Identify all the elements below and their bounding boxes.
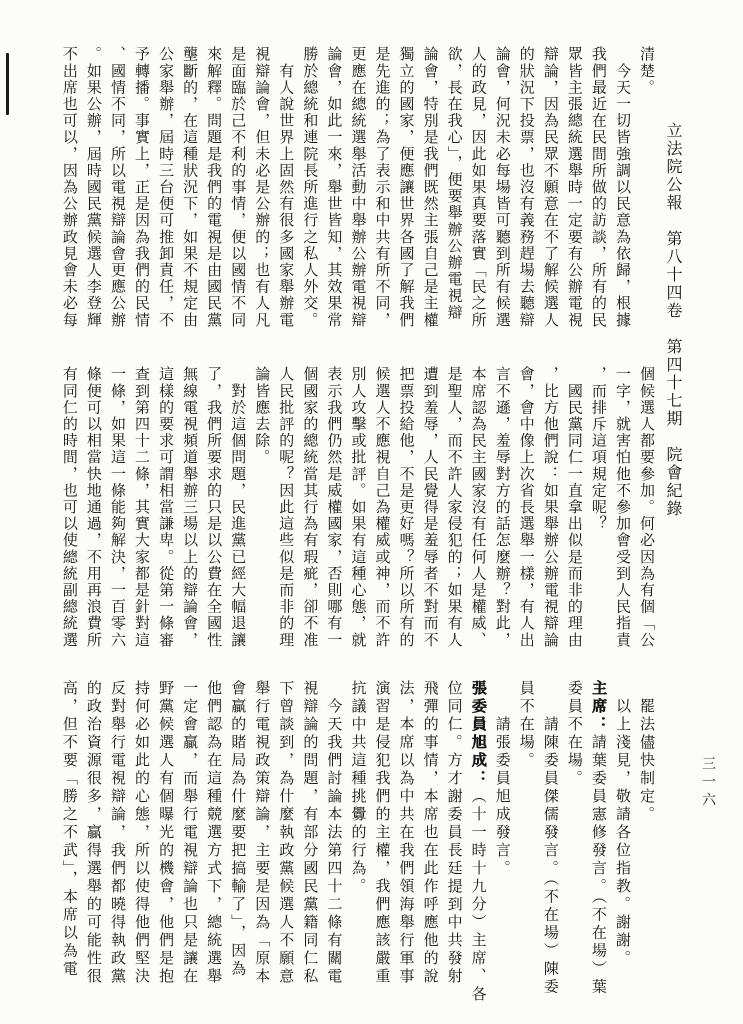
text-column: 論會，何況未必每場皆可聽到所有候選 [490, 46, 514, 354]
text-column: 員不在場。 [514, 680, 538, 1014]
text-column: 的政治資源很多，贏得選舉的可能性很 [81, 680, 105, 1014]
scan-artifact-line [6, 53, 9, 115]
text-column: 視辯論的問題，有部分國民黨籍同仁私 [297, 680, 321, 1014]
text-column: 他們認為在這種競選方式下，總統選舉 [201, 680, 225, 1014]
text-column: 是先進的；為了表示和中共有所不同， [369, 46, 393, 354]
text-column: 主席：請葉委員憲修發言。（不在場）葉 [586, 680, 610, 1014]
text-column: ，而排斥這項規定呢？ [586, 366, 610, 654]
text-column: 個候選人都要參加。何必因為有個「公 [634, 366, 658, 654]
text-column: 舉行電視政策辯論，主要是因為「原本 [249, 680, 273, 1014]
page-header: 立法院公報 第八十四卷 第四十七期 院會紀錄 [659, 122, 685, 502]
text-column: 公家舉辦，屆時三台便可推卸責任，不 [153, 46, 177, 354]
text-band-middle: 個候選人都要參加。何必因為有個「公一字，就害怕他不參加會受到人民指責，而排斥這項… [56, 366, 658, 654]
gazette-page: 立法院公報 第八十四卷 第四十七期 院會紀錄 三一六 清楚。 今天一切皆強調以民… [0, 0, 743, 1024]
text-column: 欲，長在我心」，便要舉辦公辦電視辯 [442, 46, 466, 354]
text-column: 野黨候選人有個曝光的機會，他們是抱 [153, 680, 177, 1014]
text-column: 委員不在場。 [562, 680, 586, 1014]
text-column: 言不遜，羞辱對方的話怎麼辦？對此， [490, 366, 514, 654]
text-column: 辯論，因為民眾不願意在不了解候選人 [538, 46, 562, 354]
text-column: 獨立的國家，便應讓世界各國了解我們 [393, 46, 417, 354]
text-column: 法，本席以為中共在我們領海舉行軍事 [393, 680, 417, 1014]
text-column: 表示我們仍然是威權國家，否則哪有一 [321, 366, 345, 654]
text-column: 個國家的總統當其行為有瑕疵，卻不准 [297, 366, 321, 654]
text-column: 了，我們所要求的只是以公費在全國性 [201, 366, 225, 654]
text-column: 抗議中共這種挑釁的行為。 [345, 680, 369, 1014]
text-column: 壟斷的，在這種狀況下，如果不規定由 [177, 46, 201, 354]
text-column: 反對舉行電視辯論，我們都曉得執政黨 [105, 680, 129, 1014]
text-column: 有人說世界上固然有很多國家舉辦電 [273, 46, 297, 354]
text-column: 是聖人，而不許人家侵犯的；如果有人 [442, 366, 466, 654]
text-column: 我們最近在民間所做的訪談，所有的民 [586, 46, 610, 354]
text-column: 候選人不應視自己為權威或神，而不許 [369, 366, 393, 654]
text-column: 一條，如果這一條能夠解決，一百零六 [105, 366, 129, 654]
text-column: 論會，如此一來，舉世皆知，其效果常 [321, 46, 345, 354]
text-column: 這樣的要求可謂相當謙卑。從第一條審 [153, 366, 177, 654]
text-column: 位同仁。方才謝委員長廷提到中共發射 [442, 680, 466, 1014]
text-column: 人民批評的呢？因此這些似是而非的理 [273, 366, 297, 654]
text-column: 論皆應去除。 [249, 366, 273, 654]
text-band-bottom: 罷法儘快制定。 以上淺見，敬請各位指教。謝謝。主席：請葉委員憲修發言。（不在場）… [56, 680, 658, 1014]
text-column: 今天我們討論本法第四十二條有關電 [321, 680, 345, 1014]
text-column: 予轉播。事實上，正是因為我們的民情 [129, 46, 153, 354]
text-column: 持何必如此的心態，所以使得他們堅決 [129, 680, 153, 1014]
page-number: 三一六 [698, 756, 716, 826]
text-column: 論會，特別是我們既然主張自己是主權 [418, 46, 442, 354]
text-column: 、國情不同，所以電視辯論會更應公辦 [105, 46, 129, 354]
text-column: 請張委員旭成發言。 [490, 680, 514, 1014]
text-column: 飛彈的事情，本席也在此作呼應他的說 [418, 680, 442, 1014]
text-column: 視辯論會，但未必是公辦的；也有人凡 [249, 46, 273, 354]
text-column: 會贏的賭局為什麼要把搞輸了」，因為 [225, 680, 249, 1014]
text-band-top: 清楚。 今天一切皆強調以民意為依歸，根據我們最近在民間所做的訪談，所有的民眾皆主… [56, 46, 658, 354]
text-column: 國民黨同仁一直拿出似是而非的理由 [562, 366, 586, 654]
text-column: 高，但不要「勝之不武」，本席以為電 [57, 680, 81, 1014]
text-column: ，比方他們說：如果舉辦公辦電視辯論 [538, 366, 562, 654]
text-column: 有同仁的時間，也可以使總統副總統選 [57, 366, 81, 654]
text-column: 一字，就害怕他不參加會受到人民指責 [610, 366, 634, 654]
text-column: 把票投給他，不是更好嗎？所以所有的 [393, 366, 417, 654]
text-column: 無線電視頻道舉辦三場以上的辯論會， [177, 366, 201, 654]
text-column: 演習是侵犯我們的主權，我們應該嚴重 [369, 680, 393, 1014]
text-column: 條便可以相當快地通過，不用再浪費所 [81, 366, 105, 654]
text-column: 罷法儘快制定。 [634, 680, 658, 1014]
text-column: 。如果公辦，屆時國民黨候選人李登輝 [81, 46, 105, 354]
text-column: 一定會贏，而舉行電視辯論也只是讓在 [177, 680, 201, 1014]
text-column: 更應在總統選舉活動中舉辦公辦電視辯 [345, 46, 369, 354]
text-column: 本席認為民主國家沒有任何人是權威、 [466, 366, 490, 654]
text-column: 對於這個問題，民進黨已經大幅退讓 [225, 366, 249, 654]
text-column: 勝於總統和連院長所進行之私人外交。 [297, 46, 321, 354]
text-column: 會，會中像上次省長選舉一樣，有人出 [514, 366, 538, 654]
text-column: 人的政見，因此如果真要落實「民之所 [466, 46, 490, 354]
text-column: 遭到羞辱，人民覺得是羞辱者不對而不 [418, 366, 442, 654]
text-column: 清楚。 [634, 46, 658, 354]
text-column: 的狀況下投票，也沒有義務趕場去聽辯 [514, 46, 538, 354]
text-column: 張委員旭成：（十一時十九分）主席、各 [466, 680, 490, 1014]
text-column: 別人攻擊或批評。如果有這種心態，就 [345, 366, 369, 654]
text-column: 今天一切皆強調以民意為依歸，根據 [610, 46, 634, 354]
text-column: 是面臨於己不利的事情，便以國情不同 [225, 46, 249, 354]
text-column: 以上淺見，敬請各位指教。謝謝。 [610, 680, 634, 1014]
text-column: 請陳委員傑儒發言。（不在場）陳委 [538, 680, 562, 1014]
text-column: 來解釋。問題是我們的電視是由國民黨 [201, 46, 225, 354]
text-column: 查到第四十二條，其實大家都是針對這 [129, 366, 153, 654]
text-column: 下曾談到，為什麼執政黨候選人不願意 [273, 680, 297, 1014]
text-column: 不出席也可以，因為公辦政見會未必每 [57, 46, 81, 354]
text-column: 眾皆主張總統選舉時一定要有公辦電視 [562, 46, 586, 354]
